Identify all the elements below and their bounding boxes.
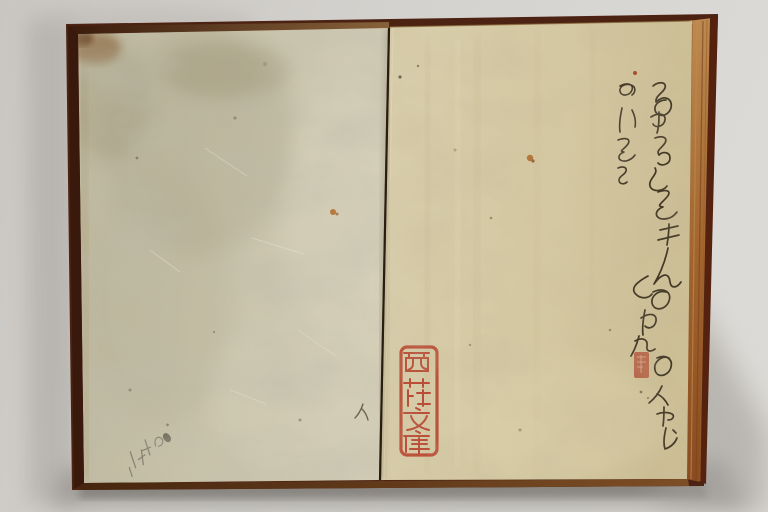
book-photo-svg: Photograph of an open antique Japanese b… bbox=[0, 0, 768, 512]
left-page bbox=[60, 15, 400, 495]
photo-open-japanese-book: Photograph of an open antique Japanese b… bbox=[0, 0, 768, 512]
book: illegible 西莊文庫 bbox=[60, 14, 718, 495]
right-page: illegible 西莊文庫 bbox=[380, 15, 700, 495]
left-page-grain bbox=[60, 15, 400, 495]
right-page-grain bbox=[380, 15, 700, 495]
